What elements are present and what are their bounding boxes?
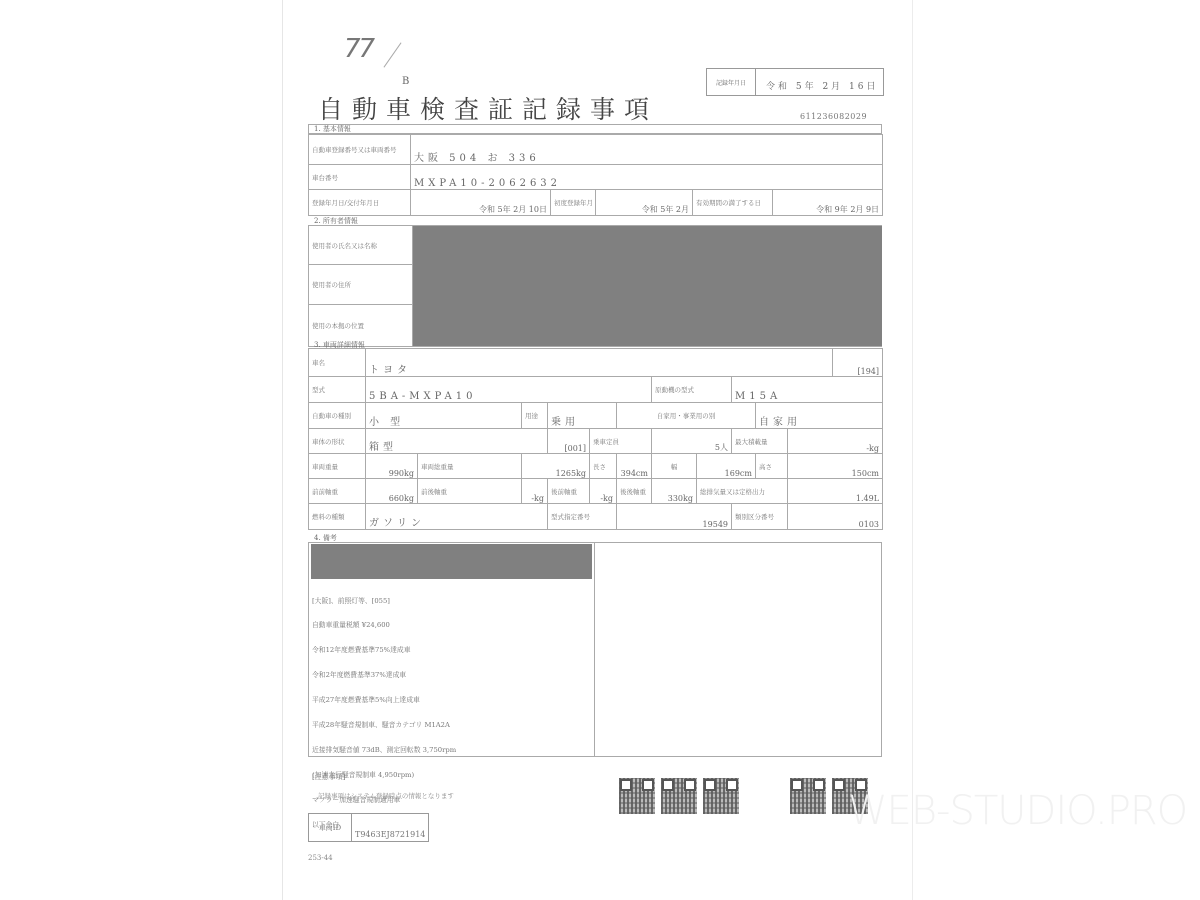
gross-weight: 1265kg: [522, 454, 590, 479]
body-shape-label: 車体の形状: [309, 429, 366, 454]
handwritten-mark: 77: [344, 34, 373, 64]
expiry-date: 令和 9年 2月 9日: [773, 190, 883, 216]
height-label: 高さ: [756, 454, 788, 479]
rear-rear-axle: 330kg: [652, 479, 697, 504]
fuel: ガソリン: [366, 504, 548, 530]
displacement-label: 総排気量又は定格出力: [697, 479, 788, 504]
section3-table: 車名 トヨタ [194] 型式 5BA-MXPA10 原動機の型式 M15A 自…: [308, 348, 883, 530]
registration-date: 令和 5年 2月 10日: [411, 190, 551, 216]
rear-front-axle-label: 後前軸重: [548, 479, 590, 504]
remark-line: 令和12年度燃費基準75%達成車: [312, 646, 456, 654]
vehicle-type: 小 型: [366, 403, 522, 429]
front-rear-axle: -kg: [522, 479, 548, 504]
weight-label: 車両重量: [309, 454, 366, 479]
remark-line: 令和2年度燃費基準37%達成車: [312, 671, 456, 679]
width-label: 幅: [652, 454, 697, 479]
make-label: 車名: [309, 349, 366, 377]
rear-front-axle: -kg: [590, 479, 617, 504]
length-label: 長さ: [590, 454, 617, 479]
body-shape: 箱型: [366, 429, 548, 454]
handwritten-stroke: [383, 42, 401, 67]
section1-header-frame: [308, 124, 882, 134]
category-number-label: 類別区分番号: [732, 504, 788, 530]
use-label: 用途: [522, 403, 548, 429]
category-number: 0103: [788, 504, 883, 530]
vehicle-type-label: 自動車の種別: [309, 403, 366, 429]
engine-model: M15A: [732, 377, 883, 403]
document-title: 自動車検査証記録事項: [318, 90, 658, 126]
user-name-label: 使用者の氏名又は名称: [309, 226, 413, 265]
front-rear-axle-label: 前後軸重: [418, 479, 522, 504]
qr-code-1: [619, 778, 655, 814]
front-axle-label: 前前軸重: [309, 479, 366, 504]
type-designation: 19549: [617, 504, 732, 530]
redaction-owner-info: [413, 226, 882, 346]
notice-text: 記録事項はシステム登録時点の情報となります: [318, 791, 454, 800]
displacement: 1.49L: [788, 479, 883, 504]
remark-line: 平成28年騒音規制車、騒音カテゴリ M1A2A: [312, 721, 456, 729]
make: トヨタ: [366, 349, 833, 377]
first-registration-label: 初度登録年月: [551, 190, 596, 216]
record-date-value: 令和 5年 2月 16日: [756, 69, 883, 95]
chassis-number-label: 車台番号: [309, 165, 411, 190]
front-axle: 660kg: [366, 479, 418, 504]
weight: 990kg: [366, 454, 418, 479]
private-business: 自家用: [756, 403, 883, 429]
redaction-remarks: [311, 544, 592, 579]
mark-b: B: [402, 76, 409, 87]
page-edge-left: [282, 0, 283, 900]
width: 169cm: [697, 454, 756, 479]
record-date-label: 記録年月日: [707, 69, 756, 95]
expiry-label: 有効期間の満了する日: [693, 190, 773, 216]
registration-date-label: 登録年月日/交付年月日: [309, 190, 411, 216]
capacity: 5人: [652, 429, 732, 454]
notice-heading: [注意事項]: [312, 772, 345, 782]
registration-number: 大阪 504 お 336: [411, 135, 883, 165]
capacity-label: 乗車定員: [590, 429, 652, 454]
vehicle-id-label: 車両ID: [309, 814, 352, 841]
engine-model-label: 原動機の型式: [652, 377, 732, 403]
document-number: 611236082029: [800, 112, 867, 121]
qr-code-4: [790, 778, 826, 814]
max-load: -kg: [788, 429, 883, 454]
user-address-label: 使用者の住所: [309, 265, 413, 305]
chassis-number: MXPA10-2062632: [411, 165, 883, 190]
qr-code-2: [661, 778, 697, 814]
remarks-right-column: [594, 542, 882, 757]
registration-number-label: 自動車登録番号又は車両番号: [309, 135, 411, 165]
body-shape-code: [001]: [548, 429, 590, 454]
record-date-box: 記録年月日 令和 5年 2月 16日: [706, 68, 884, 96]
vehicle-id-value: T9463EJ8721914: [352, 814, 428, 841]
section1-heading: 1. 基本情報: [310, 124, 351, 134]
model-label: 型式: [309, 377, 366, 403]
footer-code: 253-44: [308, 854, 333, 862]
fuel-label: 燃料の種類: [309, 504, 366, 530]
section1-table: 自動車登録番号又は車両番号 大阪 504 お 336 車台番号 MXPA10-2…: [308, 134, 883, 216]
rear-rear-axle-label: 後後軸重: [617, 479, 652, 504]
model: 5BA-MXPA10: [366, 377, 652, 403]
use: 乗用: [548, 403, 617, 429]
height: 150cm: [788, 454, 883, 479]
length: 394cm: [617, 454, 652, 479]
remark-line: 近接排気騒音値 73dB、測定回転数 3,750rpm: [312, 746, 456, 754]
private-business-label: 自家用・事業用の別: [617, 403, 756, 429]
gross-weight-label: 車両総重量: [418, 454, 522, 479]
qr-code-3: [703, 778, 739, 814]
remark-line: [大阪]、前照灯等、[055]: [312, 597, 456, 605]
remark-line: 自動車重量税額 ¥24,600: [312, 621, 456, 629]
watermark: WEB-STUDIO.PRO: [848, 788, 1187, 834]
max-load-label: 最大積載量: [732, 429, 788, 454]
first-registration: 令和 5年 2月: [596, 190, 693, 216]
type-designation-label: 型式指定番号: [548, 504, 617, 530]
vehicle-id-box: 車両ID T9463EJ8721914: [308, 813, 429, 842]
make-code: [194]: [833, 349, 883, 377]
remark-line: 平成27年度燃費基準5%向上達成車: [312, 696, 456, 704]
page-edge-right: [912, 0, 913, 900]
